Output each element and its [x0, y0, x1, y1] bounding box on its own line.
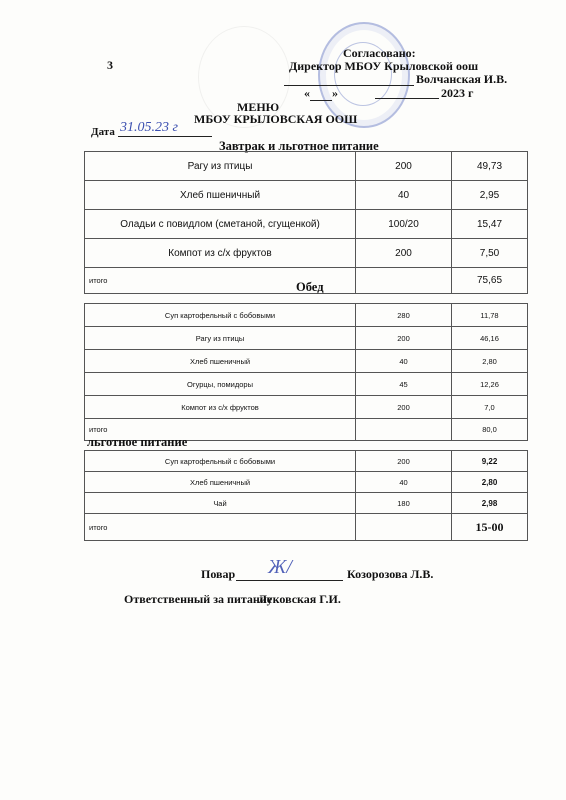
approval-year: 2023 г	[441, 86, 473, 101]
table-row: Хлеб пшеничный 40 2,95	[85, 181, 528, 210]
dish-weight: 280	[356, 304, 452, 327]
month-blank-line	[375, 98, 439, 99]
breakfast-table: Рагу из птицы 200 49,73 Хлеб пшеничный 4…	[84, 151, 528, 294]
table-row: Компот из с/х фруктов 200 7,0	[85, 396, 528, 419]
total-weight	[356, 268, 452, 294]
page-number: 3	[107, 58, 113, 73]
dish-weight: 200	[356, 152, 452, 181]
school-name: МБОУ КРЫЛОВСКАЯ ООШ	[194, 112, 357, 127]
total-price: 80,0	[452, 419, 528, 441]
dish-name: Огурцы, помидоры	[85, 373, 356, 396]
cook-label: Повар	[201, 567, 235, 582]
section-title-subsidized: льготное питание	[87, 435, 187, 450]
cook-signature: Ж/	[268, 556, 292, 579]
dish-name: Оладьи с повидлом (сметаной, сгущенкой)	[85, 210, 356, 239]
dish-weight: 200	[356, 451, 452, 472]
section-title-lunch: Обед	[296, 280, 324, 295]
dish-price: 49,73	[452, 152, 528, 181]
table-row: Компот из с/х фруктов 200 7,50	[85, 239, 528, 268]
dish-price: 7,0	[452, 396, 528, 419]
cook-signature-line	[236, 580, 343, 581]
dish-price: 2,98	[452, 493, 528, 514]
table-row: Хлеб пшеничный 40 2,80	[85, 350, 528, 373]
dish-weight: 40	[356, 181, 452, 210]
responsible-name: Луковская Г.И.	[258, 592, 341, 607]
total-weight	[356, 419, 452, 441]
dish-weight: 200	[356, 396, 452, 419]
dish-name: Суп картофельный с бобовыми	[85, 451, 356, 472]
date-label: Дата	[91, 126, 115, 138]
dish-name: Хлеб пшеничный	[85, 472, 356, 493]
dish-price: 7,50	[452, 239, 528, 268]
cook-name: Козорозова Л.В.	[347, 567, 433, 582]
dish-weight: 40	[356, 350, 452, 373]
director-name: Волчанская И.В.	[416, 72, 507, 87]
total-price: 15-00	[452, 514, 528, 541]
dish-weight: 200	[356, 327, 452, 350]
dish-name: Хлеб пшеничный	[85, 350, 356, 373]
table-row: Рагу из птицы 200 49,73	[85, 152, 528, 181]
dish-price: 15,47	[452, 210, 528, 239]
dish-name: Рагу из птицы	[85, 327, 356, 350]
total-label: итого	[85, 514, 356, 541]
dish-weight: 180	[356, 493, 452, 514]
dish-name: Хлеб пшеничный	[85, 181, 356, 210]
dish-weight: 100/20	[356, 210, 452, 239]
table-row: Суп картофельный с бобовыми 280 11,78	[85, 304, 528, 327]
dish-price: 9,22	[452, 451, 528, 472]
total-price: 75,65	[452, 268, 528, 294]
dish-weight: 45	[356, 373, 452, 396]
dish-price: 46,16	[452, 327, 528, 350]
total-row: итого 15-00	[85, 514, 528, 541]
dish-name: Компот из с/х фруктов	[85, 396, 356, 419]
dish-name: Суп картофельный с бобовыми	[85, 304, 356, 327]
dish-price: 11,78	[452, 304, 528, 327]
day-blank	[310, 89, 332, 101]
dish-price: 2,95	[452, 181, 528, 210]
table-row: Хлеб пшеничный 40 2,80	[85, 472, 528, 493]
responsible-label: Ответственный за питание	[124, 592, 272, 607]
lunch-table: Суп картофельный с бобовыми 280 11,78 Ра…	[84, 303, 528, 441]
dish-name: Рагу из птицы	[85, 152, 356, 181]
dish-weight: 200	[356, 239, 452, 268]
dish-name: Компот из с/х фруктов	[85, 239, 356, 268]
dish-price: 2,80	[452, 472, 528, 493]
table-row: Рагу из птицы 200 46,16	[85, 327, 528, 350]
table-row: Суп картофельный с бобовыми 200 9,22	[85, 451, 528, 472]
date-value: 31.05.23 г	[118, 120, 212, 137]
table-row: Чай 180 2,98	[85, 493, 528, 514]
table-row: Огурцы, помидоры 45 12,26	[85, 373, 528, 396]
table-row: Оладьи с повидлом (сметаной, сгущенкой) …	[85, 210, 528, 239]
close-quote: »	[332, 86, 338, 100]
approval-day-field: «»	[304, 86, 338, 101]
subsidized-table: Суп картофельный с бобовыми 200 9,22 Хле…	[84, 450, 528, 541]
dish-price: 2,80	[452, 350, 528, 373]
total-weight	[356, 514, 452, 541]
dish-price: 12,26	[452, 373, 528, 396]
dish-name: Чай	[85, 493, 356, 514]
dish-weight: 40	[356, 472, 452, 493]
